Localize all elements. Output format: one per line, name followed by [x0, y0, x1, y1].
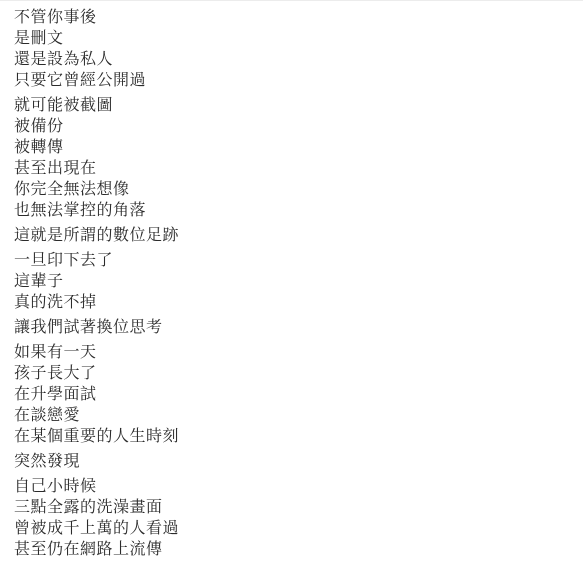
paragraph: 就可能被截圖被備份被轉傳甚至出現在你完全無法想像也無法掌控的角落 — [14, 95, 563, 221]
text-line: 突然發現 — [14, 451, 563, 472]
text-line: 曾被成千上萬的人看過 — [14, 518, 563, 539]
text-line: 在某個重要的人生時刻 — [14, 426, 563, 447]
text-line: 一旦印下去了 — [14, 250, 563, 271]
text-line: 在升學面試 — [14, 384, 563, 405]
text-line: 甚至仍在網路上流傳 — [14, 539, 563, 560]
text-line: 如果有一天 — [14, 342, 563, 363]
text-line: 自己小時候 — [14, 476, 563, 497]
text-line: 這輩子 — [14, 271, 563, 292]
text-line: 讓我們試著換位思考 — [14, 317, 563, 338]
transcript-text: 不管你事後是刪文還是設為私人只要它曾經公開過就可能被截圖被備份被轉傳甚至出現在你… — [14, 7, 563, 560]
text-line: 是刪文 — [14, 28, 563, 49]
text-line: 被備份 — [14, 116, 563, 137]
page: 不管你事後是刪文還是設為私人只要它曾經公開過就可能被截圖被備份被轉傳甚至出現在你… — [0, 0, 583, 562]
text-line: 也無法掌控的角落 — [14, 200, 563, 221]
text-line: 還是設為私人 — [14, 49, 563, 70]
paragraph: 不管你事後是刪文還是設為私人只要它曾經公開過 — [14, 7, 563, 91]
text-line: 甚至出現在 — [14, 158, 563, 179]
paragraph: 自己小時候三點全露的洗澡畫面曾被成千上萬的人看過甚至仍在網路上流傳 — [14, 476, 563, 560]
paragraph: 一旦印下去了這輩子真的洗不掉 — [14, 250, 563, 313]
text-line: 在談戀愛 — [14, 405, 563, 426]
paragraph: 突然發現 — [14, 451, 563, 472]
paragraph: 讓我們試著換位思考 — [14, 317, 563, 338]
paragraph: 如果有一天孩子長大了在升學面試在談戀愛在某個重要的人生時刻 — [14, 342, 563, 447]
text-line: 真的洗不掉 — [14, 292, 563, 313]
text-line: 不管你事後 — [14, 7, 563, 28]
text-line: 三點全露的洗澡畫面 — [14, 497, 563, 518]
paragraph: 這就是所謂的數位足跡 — [14, 225, 563, 246]
text-line: 就可能被截圖 — [14, 95, 563, 116]
text-line: 你完全無法想像 — [14, 179, 563, 200]
text-line: 這就是所謂的數位足跡 — [14, 225, 563, 246]
text-line: 只要它曾經公開過 — [14, 70, 563, 91]
text-line: 被轉傳 — [14, 137, 563, 158]
text-line: 孩子長大了 — [14, 363, 563, 384]
